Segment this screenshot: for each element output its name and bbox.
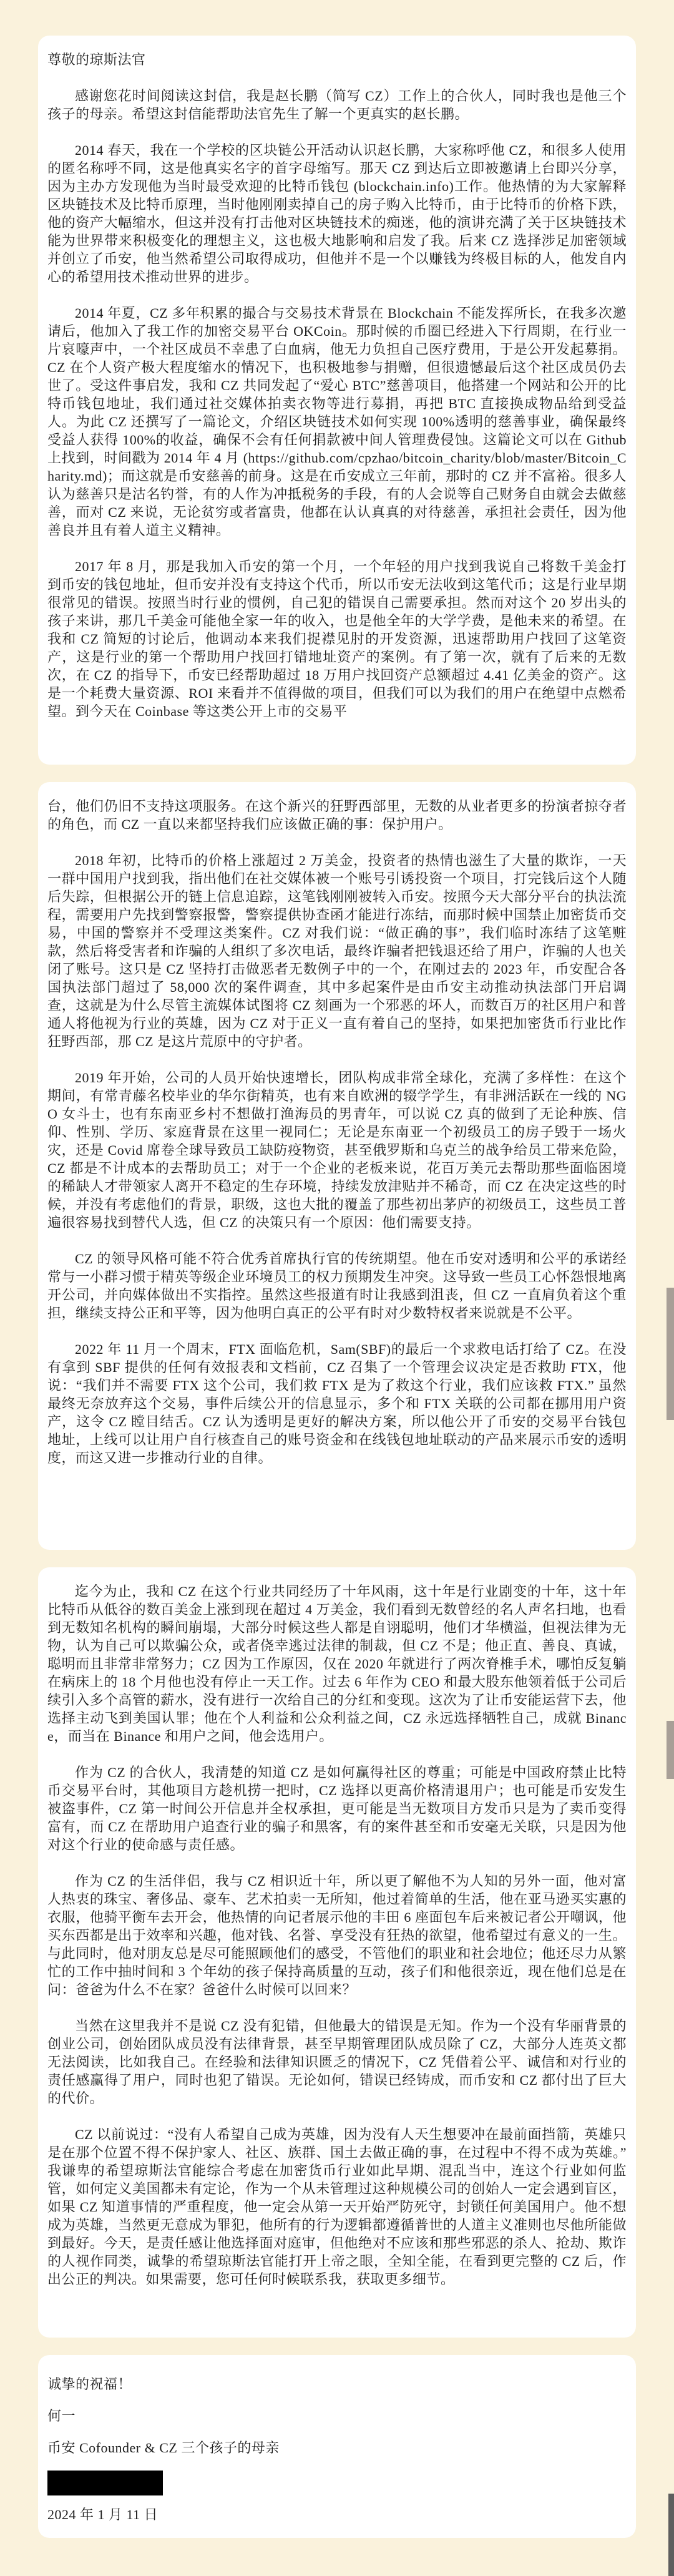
signature-blessing: 诚挚的祝福！	[47, 2375, 627, 2393]
letter-paragraph: 2018 年初，比特币的价格上涨超过 2 万美金，投资者的热情也滋生了大量的欺诈…	[47, 851, 627, 1050]
letter-paragraph: 感谢您花时间阅读这封信，我是赵长鹏（简写 CZ）工作上的合伙人，同时我也是他三个…	[47, 87, 627, 123]
letter-card-1: 尊敬的琼斯法官感谢您花时间阅读这封信，我是赵长鹏（简写 CZ）工作上的合伙人，同…	[38, 36, 636, 765]
letter-paragraph: 2019 年开始，公司的人员开始快速增长，团队构成非常全球化，充满了多样性：在这…	[47, 1069, 627, 1232]
signature-name: 何一	[47, 2407, 627, 2425]
letter-paragraph: 作为 CZ 的生活伴侣，我与 CZ 相识近十年，所以更了解他不为人知的另外一面，…	[47, 1872, 627, 1999]
letter-paragraph: 2014 年夏，CZ 多年积累的撮合与交易技术背景在 Blockchain 不能…	[47, 304, 627, 539]
letter-card-3: 迄今为止，我和 CZ 在这个行业共同经历了十年风雨，这十年是行业剧变的十年，这十…	[38, 1567, 636, 2338]
letter-paragraph: CZ 以前说过：“没有人希望自己成为英雄，因为没有人天生想要冲在最前面挡箭，英雄…	[47, 2125, 627, 2288]
signature-title: 币安 Cofounder & CZ 三个孩子的母亲	[47, 2439, 627, 2457]
letter-paragraph: CZ 的领导风格可能不符合优秀首席执行官的传统期望。他在币安对透明和公平的承诺经…	[47, 1250, 627, 1322]
page-background: { "page": { "background_color": "#faf2dc…	[0, 0, 674, 2576]
letter-paragraph: 尊敬的琼斯法官	[47, 51, 627, 69]
letter-body: 尊敬的琼斯法官感谢您花时间阅读这封信，我是赵长鹏（简写 CZ）工作上的合伙人，同…	[0, 0, 674, 2538]
letter-paragraph: 台，他们仍旧不支持这项服务。在这个新兴的狂野西部里，无数的从业者更多的扮演者掠夺…	[47, 797, 627, 833]
letter-card-2: 台，他们仍旧不支持这项服务。在这个新兴的狂野西部里，无数的从业者更多的扮演者掠夺…	[38, 782, 636, 1550]
letter-paragraph: 迄今为止，我和 CZ 在这个行业共同经历了十年风雨，这十年是行业剧变的十年，这十…	[47, 1582, 627, 1745]
letter-paragraph: 当然在这里我并不是说 CZ 没有犯错，但他最大的错误是无知。作为一个没有华丽背景…	[47, 2017, 627, 2107]
letter-paragraph: 2014 春天，我在一个学校的区块链公开活动认识赵长鹏，大家称呼他 CZ，和很多…	[47, 141, 627, 286]
scrollbar-thumb-fragment-lower[interactable]	[668, 2494, 674, 2576]
letter-paragraph: 2022 年 11 月一个周末，FTX 面临危机，Sam(SBF)的最后一个求救…	[47, 1340, 627, 1467]
signature-date: 2024 年 1 月 11 日	[47, 2505, 627, 2524]
letter-paragraph: 作为 CZ 的合伙人，我清楚的知道 CZ 是如何赢得社区的尊重；可能是中国政府禁…	[47, 1763, 627, 1854]
signature-card: 诚挚的祝福！ 何一 币安 Cofounder & CZ 三个孩子的母亲 2024…	[38, 2355, 636, 2538]
redacted-signature-box	[47, 2471, 163, 2495]
scrollbar-thumb-fragment-upper[interactable]	[667, 1288, 674, 1420]
scrollbar-thumb-fragment-middle[interactable]	[667, 1721, 674, 1779]
letter-paragraph: 2017 年 8 月，那是我加入币安的第一个月，一个年轻的用户找到我说自己将数千…	[47, 557, 627, 720]
